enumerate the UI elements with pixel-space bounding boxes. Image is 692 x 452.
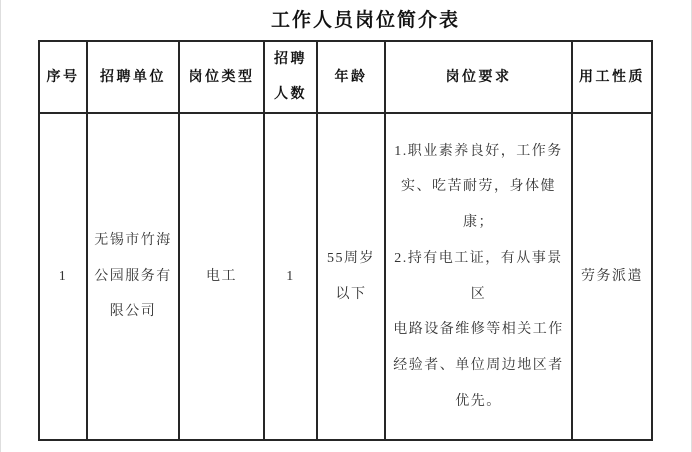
page-title: 工作人员岗位简介表 xyxy=(59,5,672,32)
header-cell-position-type: 岗位类型 xyxy=(179,41,264,113)
header-cell-employer: 招聘单位 xyxy=(87,41,179,113)
document-page: 工作人员岗位简介表 序号 招聘单位 岗位类型 招聘 人数 年龄 岗位要求 用工性… xyxy=(0,0,692,452)
header-cell-requirements: 岗位要求 xyxy=(385,41,572,113)
header-cell-employment-type: 用工性质 xyxy=(572,41,652,113)
header-cell-age: 年龄 xyxy=(317,41,385,113)
header-cell-seq: 序号 xyxy=(39,41,87,113)
cell-requirements: 1.职业素养良好，工作务 实、吃苦耐劳，身体健 康； 2.持有电工证，有从事景区… xyxy=(385,113,572,440)
table-row: 1 无锡市竹海 公园服务有 限公司 电工 1 55周岁 以下 1.职业素养良好，… xyxy=(39,113,652,440)
cell-age: 55周岁 以下 xyxy=(317,113,385,440)
cell-employment-type: 劳务派遣 xyxy=(572,113,652,440)
job-intro-table: 序号 招聘单位 岗位类型 招聘 人数 年龄 岗位要求 用工性质 1 无锡市竹海 … xyxy=(38,40,653,441)
cell-position-type: 电工 xyxy=(179,113,264,440)
cell-seq: 1 xyxy=(39,113,87,440)
cell-employer: 无锡市竹海 公园服务有 限公司 xyxy=(87,113,179,440)
table-header-row: 序号 招聘单位 岗位类型 招聘 人数 年龄 岗位要求 用工性质 xyxy=(39,41,652,113)
header-cell-headcount: 招聘 人数 xyxy=(264,41,317,113)
cell-headcount: 1 xyxy=(264,113,317,440)
